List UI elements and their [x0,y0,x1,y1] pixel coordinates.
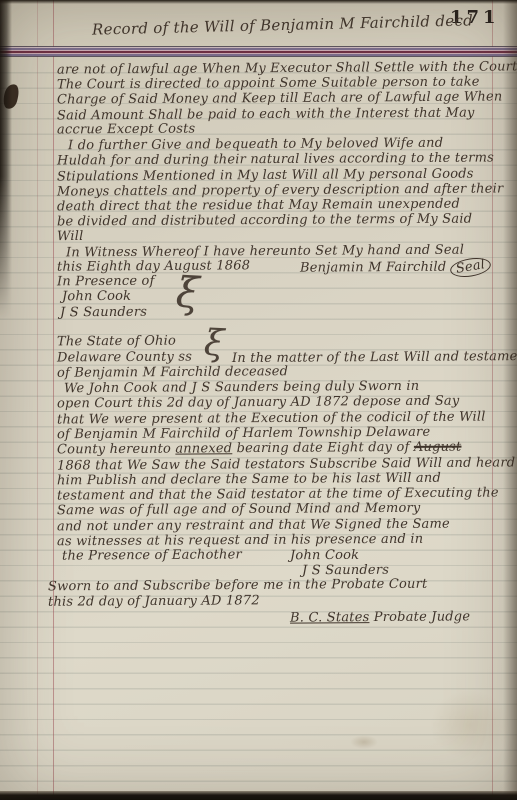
manuscript-line: In Presence of [57,274,155,290]
manuscript-line: County hereunto annexed bearing date Eig… [57,440,462,458]
binding-edge [0,0,12,320]
manuscript-line: Said Amount Shall be paid to each with t… [57,106,475,124]
manuscript-line: this Eighth day August 1868 [57,258,250,274]
manuscript-line: In Witness Whereof I have hereunto Set M… [66,243,464,261]
manuscript-line: J S Saunders [60,305,147,321]
manuscript-line: of Benjamin M Fairchild deceased [57,364,288,381]
witness-brace-squiggle: ξ [175,271,200,314]
manuscript-line: J S Saunders [302,563,389,579]
decorative-head-rule [0,46,517,58]
photo-edge-top [0,0,517,4]
manuscript-line: Benjamin M FairchildSeal [300,258,492,277]
manuscript-line: this 2d day of January AD 1872 [48,593,260,609]
manuscript-line: Sworn to and Subscribe before me in the … [48,577,428,595]
ledger-page-scan: 171 Record of the Will of Benjamin M Fai… [0,0,517,800]
manuscript-line: be divided and distributed according to … [57,212,472,230]
manuscript-line: Will [57,229,84,244]
left-margin-line-outer [37,0,38,800]
record-title: Record of the Will of Benjamin M Fairchi… [92,11,473,38]
ink-blotch [1,83,21,111]
manuscript-line: John Cook [62,289,131,304]
manuscript-line: Huldah for and during their natural live… [57,150,494,168]
manuscript-line: Delaware County ss [57,350,192,366]
manuscript-line: B. C. States Probate Judge [290,609,470,625]
manuscript-line: John Cook [290,548,359,563]
photo-edge-bottom [0,791,517,800]
manuscript-line: accrue Except Costs [57,122,195,138]
manuscript-line: open Court this 2d day of January AD 187… [57,394,460,412]
left-margin-line [53,0,54,800]
page-edge-shadow [503,0,517,800]
paper-stain [430,690,510,760]
paper-stain [350,735,378,749]
manuscript-line: The State of Ohio [57,334,176,350]
seal-annotation: Seal [449,255,493,280]
manuscript-line: Same was of full age and of Sound Mind a… [57,501,421,519]
county-brace-squiggle: ξ [203,326,225,363]
manuscript-line: the Presence of Eachother [62,547,242,563]
right-margin-line [492,0,493,800]
